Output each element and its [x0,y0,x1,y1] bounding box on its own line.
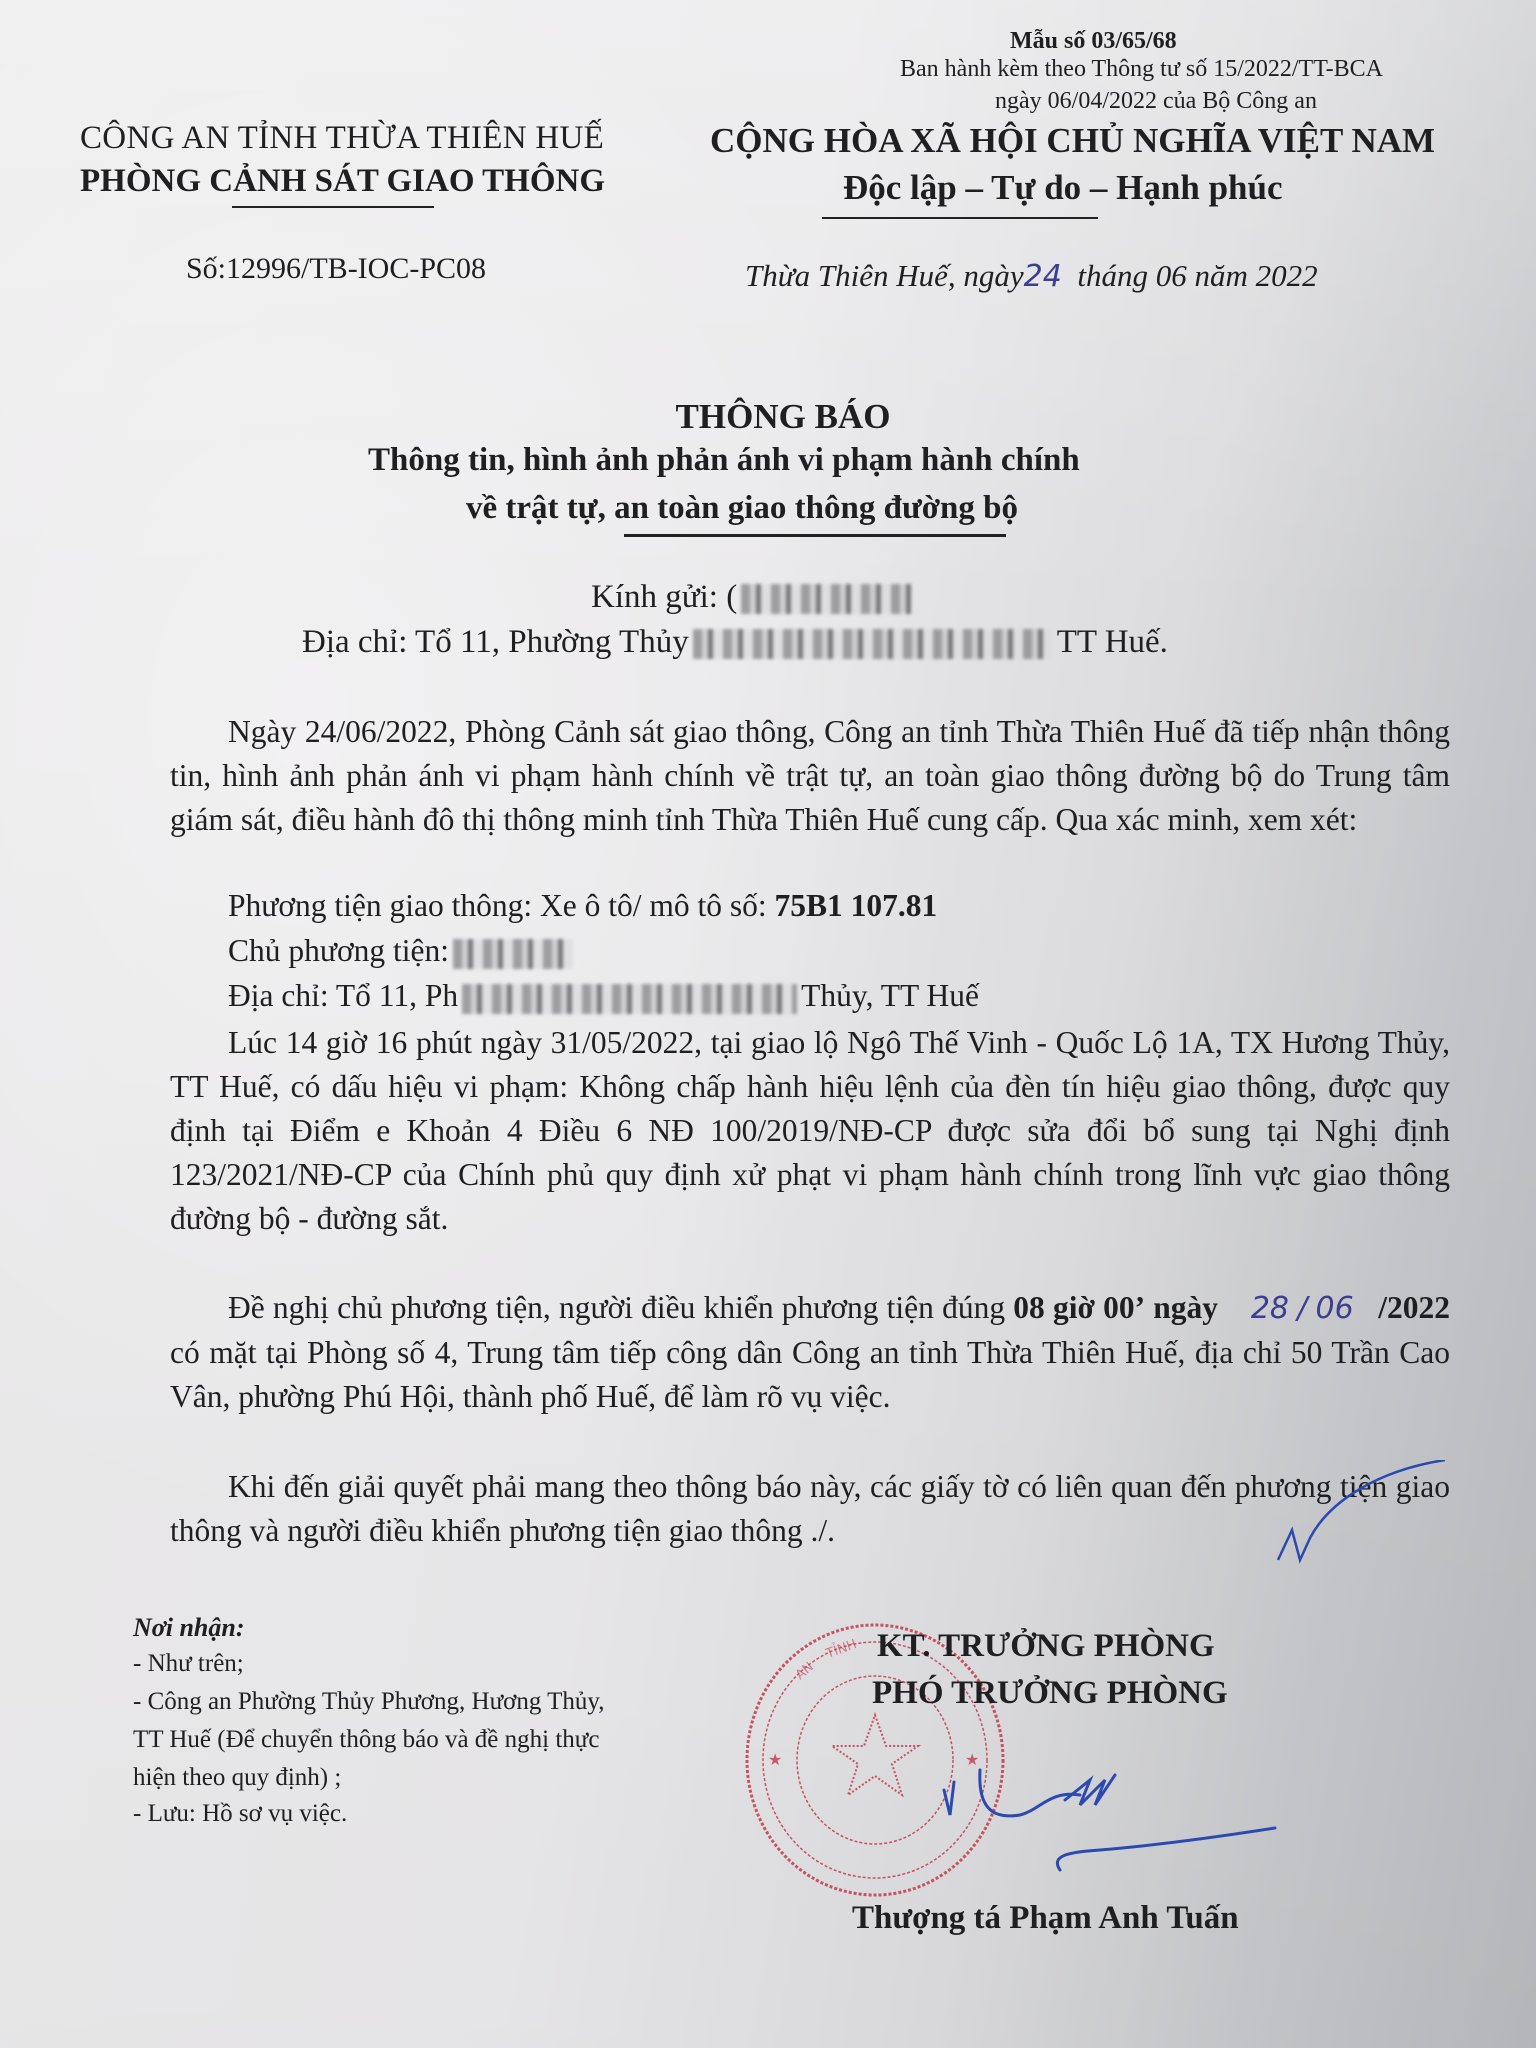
handwritten-check-mark [1270,1460,1450,1580]
redacted-owner-name [453,939,573,969]
owner-address-prefix: Địa chỉ: Tổ 11, Ph [228,978,458,1013]
owner-detail: Chủ phương tiện: [228,933,577,969]
redacted-recipient-address [693,629,1053,659]
issuing-department: PHÒNG CẢNH SÁT GIAO THÔNG [80,163,605,200]
summons-rest: có mặt tại Phòng số 4, Trung tâm tiếp cô… [170,1335,1450,1414]
recipients-item: - Như trên; [133,1650,244,1678]
recipients-item: TT Huế (Để chuyển thông báo và đề nghị t… [133,1726,599,1754]
summons-time: 08 giờ 00’ [1013,1290,1145,1325]
svg-text:TỈNH: TỈNH [823,1635,859,1662]
svg-text:AN: AN [793,1660,817,1683]
paragraph-violation: Lúc 14 giờ 16 phút ngày 31/05/2022, tại … [170,1021,1450,1241]
handwritten-signature [930,1760,1310,1890]
agency-underline [232,206,434,208]
document-subtitle-line-2: về trật tự, an toàn giao thông đường bộ [466,490,1018,527]
summons-year: /2022 [1378,1290,1450,1325]
paragraph-receipt: Ngày 24/06/2022, Phòng Cảnh sát giao thô… [170,710,1450,842]
redacted-owner-address [462,984,797,1014]
paragraph-documents-required: Khi đến giải quyết phải mang theo thông … [170,1465,1450,1553]
recipient-label: Kính gửi: [591,579,718,615]
signer-title-primary: KT. TRƯỞNG PHÒNG [877,1628,1215,1665]
recipient-address: Địa chỉ: Tổ 11, Phường ThủyTT Huế. [302,624,1168,661]
parent-agency: CÔNG AN TỈNH THỪA THIÊN HUẾ [80,120,604,157]
summons-start: Đề nghị chủ phương tiện, người điều khiể… [228,1290,1005,1325]
svg-text:★: ★ [768,1752,782,1769]
owner-label: Chủ phương tiện: [228,933,449,968]
paragraph-violation-text: Lúc 14 giờ 16 phút ngày 31/05/2022, tại … [170,1025,1450,1236]
owner-address: Địa chỉ: Tổ 11, PhThủy, TT Huế [228,978,979,1014]
document-number: Số:12996/TB-IOC-PC08 [186,252,486,286]
form-reference-line: Ban hành kèm theo Thông tư số 15/2022/TT… [900,56,1383,83]
place-and-date: Thừa Thiên Huế, ngày24 tháng 06 năm 2022 [745,258,1318,294]
title-underline [624,534,1006,537]
recipients-item: hiện theo quy định) ; [133,1764,341,1792]
signer-name: Thượng tá Phạm Anh Tuấn [852,1900,1239,1937]
vehicle-detail: Phương tiện giao thông: Xe ô tô/ mô tô s… [228,888,937,924]
document-subtitle-line-1: Thông tin, hình ảnh phản ánh vi phạm hàn… [368,442,1080,479]
recipient-address-suffix: TT Huế. [1057,624,1168,660]
recipient-address-prefix: Địa chỉ: Tổ 11, Phường Thủy [302,624,689,660]
paragraph-documents-text: Khi đến giải quyết phải mang theo thông … [170,1469,1450,1548]
form-code: Mẫu số 03/65/68 [1010,28,1177,55]
handwritten-summons-day: 28 [1251,1291,1289,1326]
form-reference-date: ngày 06/04/2022 của Bộ Công an [995,88,1317,115]
vehicle-label: Phương tiện giao thông: Xe ô tô/ mô tô s… [228,888,767,923]
owner-address-suffix: Thủy, TT Huế [801,978,979,1013]
document-title: THÔNG BÁO [0,397,1536,437]
national-title: CỘNG HÒA XÃ HỘI CHỦ NGHĨA VIỆT NAM [710,121,1435,161]
place-date-prefix: Thừa Thiên Huế, ngày [745,258,1024,293]
handwritten-summons-month: 06 [1315,1291,1353,1326]
paragraph-summons: Đề nghị chủ phương tiện, người điều khiể… [170,1286,1450,1419]
handwritten-day: 24 [1024,259,1062,294]
motto-underline [822,217,1098,219]
redacted-recipient-name [741,584,911,614]
recipient-name-visible: ( [726,579,737,615]
place-date-suffix: tháng 06 năm 2022 [1077,258,1317,293]
recipient-line: Kính gửi: ( [591,579,915,616]
signer-title-secondary: PHÓ TRƯỞNG PHÒNG [872,1675,1228,1712]
recipients-title: Nơi nhận: [133,1613,245,1643]
recipients-item: - Công an Phường Thủy Phương, Hương Thủy… [133,1688,605,1716]
license-plate: 75B1 107.81 [774,888,937,923]
national-motto: Độc lập – Tự do – Hạnh phúc [843,168,1283,208]
recipients-item: - Lưu: Hồ sơ vụ việc. [133,1800,347,1828]
paragraph-receipt-text: Ngày 24/06/2022, Phòng Cảnh sát giao thô… [170,714,1450,837]
summons-day-label: ngày [1153,1290,1218,1325]
